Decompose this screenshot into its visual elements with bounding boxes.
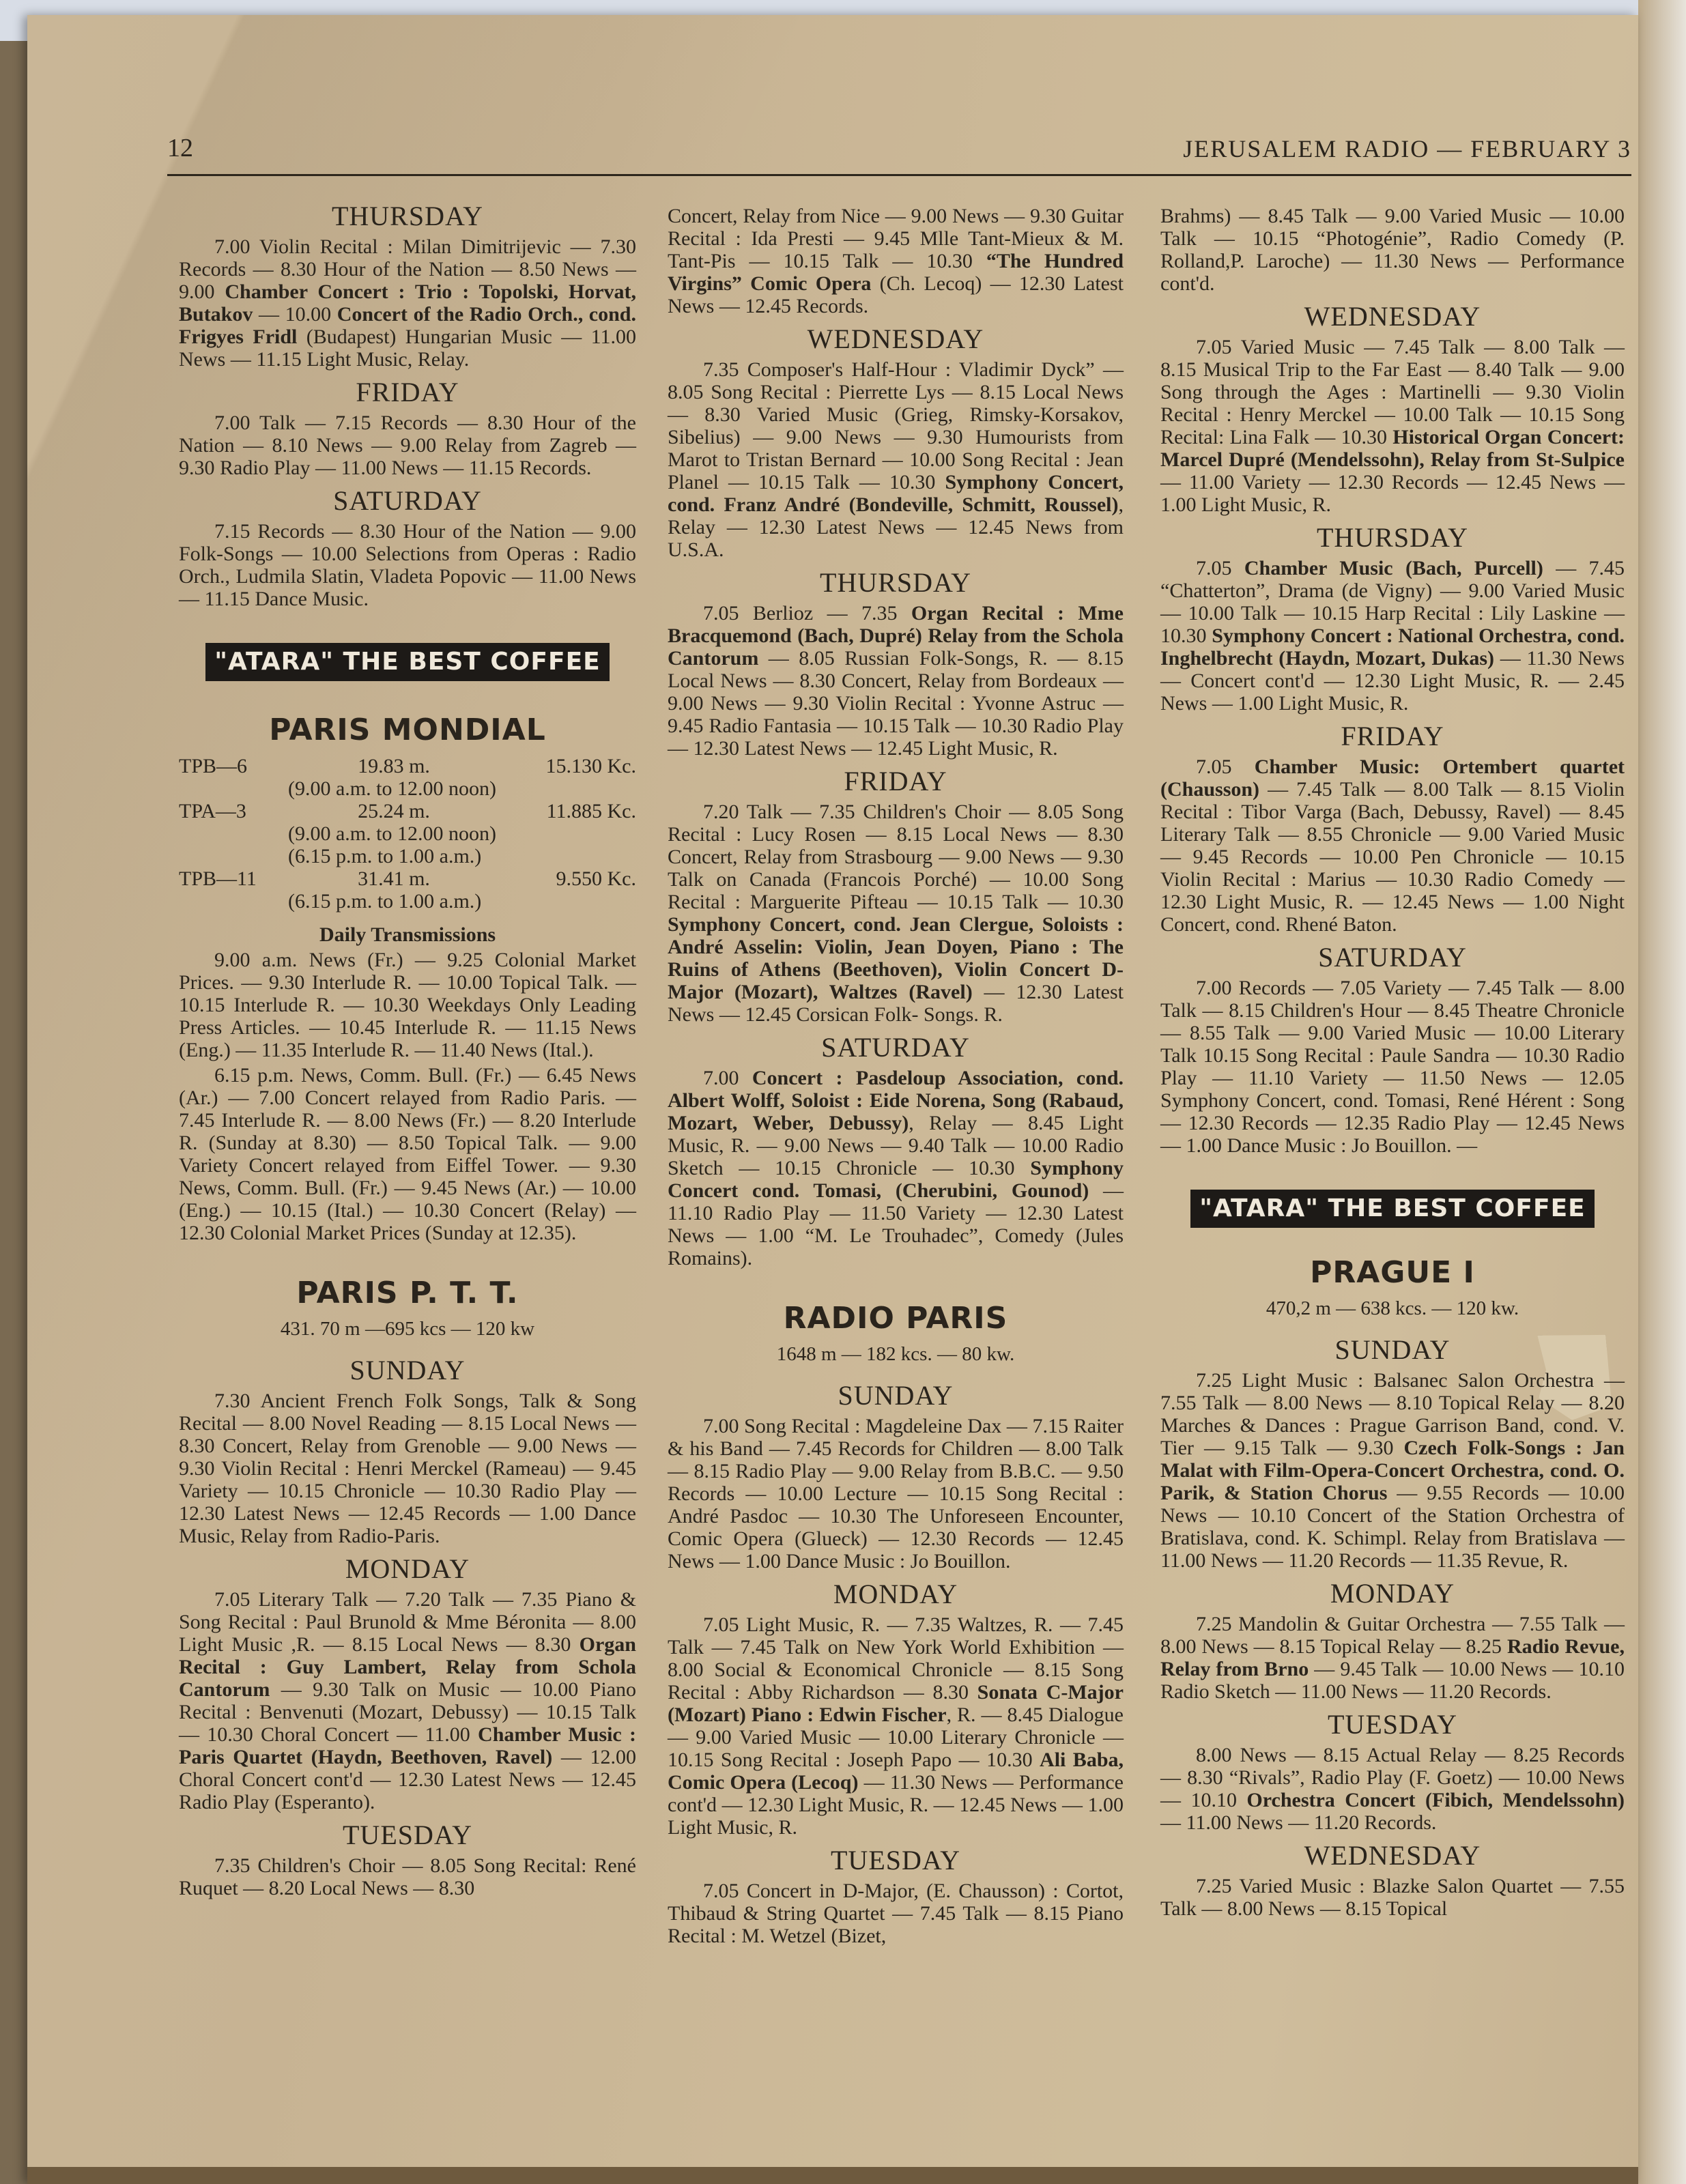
schedule-text: Brahms) — 8.45 Talk — 9.00 Varied Music … (1160, 205, 1625, 295)
column-1: THURSDAY 7.00 Violin Recital : Milan Dim… (179, 195, 636, 1902)
page-bottom-edge (27, 2167, 1638, 2184)
transmitter-call-sign: TPB—6 (179, 755, 281, 777)
schedule-text: 7.00 Records — 7.05 Variety — 7.45 Talk … (1160, 977, 1625, 1157)
schedule-text: 7.35 Composer's Half-Hour : Vladimir Dyc… (668, 358, 1124, 561)
page-header: 12 JERUSALEM RADIO — FEBRUARY 3 (167, 126, 1631, 176)
schedule-text: 7.00 Violin Recital : Milan Dimitrijevic… (179, 235, 636, 371)
schedule-text: 9.00 a.m. News (Fr.) — 9.25 Colonial Mar… (179, 949, 636, 1061)
schedule-text: 7.25 Light Music : Balsanec Salon Orches… (1160, 1369, 1625, 1572)
day-heading: FRIDAY (179, 377, 636, 407)
day-heading: SATURDAY (1160, 943, 1625, 973)
schedule-text: 7.00 Concert : Pasdeloup Association, co… (668, 1067, 1124, 1269)
station-title-prague: PRAGUE I (1160, 1255, 1625, 1291)
page-edge (1638, 0, 1686, 2184)
schedule-text: Concert, Relay from Nice — 9.00 News — 9… (668, 205, 1124, 317)
day-heading: TUESDAY (179, 1820, 636, 1850)
station-title-paris-mondial: PARIS MONDIAL (179, 713, 636, 748)
day-heading: MONDAY (1160, 1579, 1625, 1609)
transmission-hours: (9.00 a.m. to 12.00 noon) (281, 777, 636, 800)
transmitter-frequency: 15.130 Kc. (506, 755, 636, 777)
transmitter-wavelength: 25.24 m. (281, 800, 506, 822)
schedule-text: 6.15 p.m. News, Comm. Bull. (Fr.) — 6.45… (179, 1064, 636, 1244)
schedule-text: 7.05 Concert in D-Major, (E. Chausson) :… (668, 1880, 1124, 1947)
schedule-text: 7.25 Varied Music : Blazke Salon Quartet… (1160, 1875, 1625, 1920)
transmitter-frequency: 11.885 Kc. (506, 800, 636, 822)
station-frequency: 431. 70 m —695 kcs — 120 kw (179, 1318, 636, 1340)
day-heading: THURSDAY (1160, 523, 1625, 553)
transmission-hours: (6.15 p.m. to 1.00 a.m.) (281, 890, 636, 913)
spacer (179, 822, 281, 845)
page-number: 12 (167, 133, 193, 163)
atara-coffee-advert: "ATARA" THE BEST COFFEE (1190, 1190, 1595, 1228)
day-heading: MONDAY (179, 1554, 636, 1584)
transmitter-row: TPA—325.24 m.11.885 Kc.(9.00 a.m. to 12.… (179, 800, 636, 867)
column-2: Concert, Relay from Nice — 9.00 News — 9… (668, 205, 1124, 1950)
day-heading: TUESDAY (1160, 1710, 1625, 1740)
schedule-text: 7.00 Song Recital : Magdeleine Dax — 7.1… (668, 1415, 1124, 1572)
schedule-text: 7.00 Talk — 7.15 Records — 8.30 Hour of … (179, 412, 636, 479)
day-heading: TUESDAY (668, 1845, 1124, 1876)
station-title-radio-paris: RADIO PARIS (668, 1301, 1124, 1336)
transmitter-row: TPB—619.83 m.15.130 Kc.(9.00 a.m. to 12.… (179, 755, 636, 800)
schedule-text: 7.05 Chamber Music (Bach, Purcell) — 7.4… (1160, 557, 1625, 715)
schedule-text: 7.15 Records — 8.30 Hour of the Nation —… (179, 520, 636, 610)
day-heading: WEDNESDAY (1160, 1841, 1625, 1871)
station-title-paris-ptt: PARIS P. T. T. (179, 1276, 636, 1311)
schedule-text: 7.05 Varied Music — 7.45 Talk — 8.00 Tal… (1160, 336, 1625, 516)
transmitter-wavelength: 31.41 m. (281, 867, 506, 890)
transmitter-frequency: 9.550 Kc. (506, 867, 636, 890)
day-heading: THURSDAY (179, 201, 636, 231)
spacer (179, 777, 281, 800)
spacer (179, 845, 281, 867)
schedule-text: 7.05 Berlioz — 7.35 Organ Recital : Mme … (668, 602, 1124, 760)
schedule-text: 7.05 Literary Talk — 7.20 Talk — 7.35 Pi… (179, 1588, 636, 1813)
atara-coffee-advert: "ATARA" THE BEST COFFEE (205, 643, 610, 681)
spacer (179, 890, 281, 913)
station-frequency: 470,2 m — 638 kcs. — 120 kw. (1160, 1297, 1625, 1320)
day-heading: WEDNESDAY (668, 324, 1124, 354)
day-heading: THURSDAY (668, 568, 1124, 598)
schedule-text: 7.05 Chamber Music: Ortembert quartet (C… (1160, 756, 1625, 936)
running-title: JERUSALEM RADIO — FEBRUARY 3 (1183, 134, 1631, 163)
day-heading: WEDNESDAY (1160, 302, 1625, 332)
transmitter-call-sign: TPB—11 (179, 867, 281, 890)
day-heading: FRIDAY (1160, 721, 1625, 751)
transmission-hours: (9.00 a.m. to 12.00 noon) (281, 822, 636, 845)
schedule-text: 7.35 Children's Choir — 8.05 Song Recita… (179, 1854, 636, 1899)
schedule-text: 7.25 Mandolin & Guitar Orchestra — 7.55 … (1160, 1613, 1625, 1703)
day-heading: FRIDAY (668, 766, 1124, 796)
day-heading: SUNDAY (1160, 1335, 1625, 1365)
day-heading: MONDAY (668, 1579, 1124, 1609)
transmission-hours: (6.15 p.m. to 1.00 a.m.) (281, 845, 636, 867)
day-heading: SUNDAY (668, 1381, 1124, 1411)
transmitter-table: TPB—619.83 m.15.130 Kc.(9.00 a.m. to 12.… (179, 755, 636, 913)
schedule-text: 7.30 Ancient French Folk Songs, Talk & S… (179, 1390, 636, 1547)
transmitter-call-sign: TPA—3 (179, 800, 281, 822)
schedule-text: 8.00 News — 8.15 Actual Relay — 8.25 Rec… (1160, 1744, 1625, 1834)
daily-transmissions-heading: Daily Transmissions (179, 923, 636, 946)
station-frequency: 1648 m — 182 kcs. — 80 kw. (668, 1343, 1124, 1366)
schedule-text: 7.05 Light Music, R. — 7.35 Waltzes, R. … (668, 1613, 1124, 1839)
column-3: Brahms) — 8.45 Talk — 9.00 Varied Music … (1160, 205, 1625, 1923)
day-heading: SATURDAY (668, 1033, 1124, 1063)
transmitter-row: TPB—1131.41 m.9.550 Kc.(6.15 p.m. to 1.0… (179, 867, 636, 913)
day-heading: SATURDAY (179, 486, 636, 516)
transmitter-wavelength: 19.83 m. (281, 755, 506, 777)
schedule-text: 7.20 Talk — 7.35 Children's Choir — 8.05… (668, 801, 1124, 1026)
day-heading: SUNDAY (179, 1355, 636, 1385)
